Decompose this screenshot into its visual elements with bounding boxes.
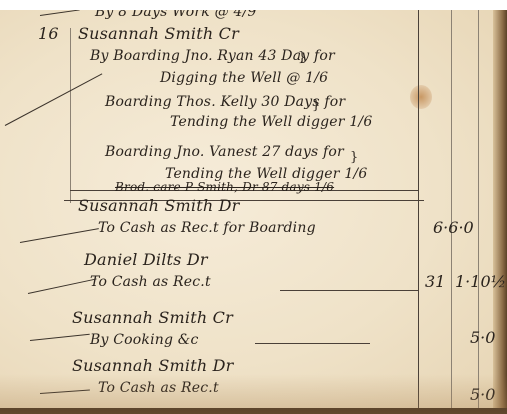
ledger-page: By 8 Days Work @ 4/9 16 Susannah Smith C… [0, 10, 507, 414]
flourish [5, 73, 103, 126]
entry-line: By Cooking &c [90, 332, 199, 348]
amount: 5·0 [470, 385, 495, 404]
amount: 6·6·0 [433, 218, 474, 237]
brace-mark: } [312, 98, 320, 113]
brace-mark: } [298, 50, 306, 65]
flourish [40, 10, 80, 16]
amount-pounds: 31 [425, 272, 445, 291]
entry-account-heading: Susannah Smith Cr [72, 308, 233, 327]
margin-rule [70, 28, 71, 203]
flourish [28, 278, 97, 294]
entry-account-heading: Susannah Smith Dr [72, 356, 234, 375]
flourish [40, 390, 90, 394]
amount-shillings-pence: 1·10½ [455, 272, 506, 291]
fill-rule [280, 290, 418, 291]
entry-account-heading: Susannah Smith Dr [78, 196, 240, 215]
column-rule-shillings [451, 10, 452, 414]
flourish [20, 228, 99, 243]
entry-line: Digging the Well @ 1/6 [160, 70, 328, 86]
amount: 5·0 [470, 328, 495, 347]
fill-rule [255, 343, 370, 344]
entry-account-heading: Daniel Dilts Dr [84, 250, 208, 269]
entry-line: Boarding Thos. Kelly 30 Days for [105, 94, 345, 110]
flourish [30, 334, 90, 341]
book-spine [493, 10, 507, 414]
column-rule-pounds [418, 10, 419, 414]
struck-entry: Brod. care P Smith, Dr 87 days 1/6 [115, 180, 334, 194]
entry-line: To Cash as Rec.t [98, 380, 219, 396]
entry-date: 16 [38, 24, 59, 43]
brace-mark: } [350, 150, 358, 165]
entry-line: To Cash as Rec.t for Boarding [98, 220, 316, 236]
column-rule-pence [478, 10, 479, 414]
stain-mark [410, 85, 432, 109]
entry-line: Boarding Jno. Vanest 27 days for [105, 144, 344, 160]
entry-line: Tending the Well digger 1/6 [170, 114, 372, 130]
entry-line: To Cash as Rec.t [90, 274, 211, 290]
page-bottom-edge [0, 408, 507, 414]
entry-line: By 8 Days Work @ 4/9 [95, 10, 257, 20]
entry-account-heading: Susannah Smith Cr [78, 24, 239, 43]
